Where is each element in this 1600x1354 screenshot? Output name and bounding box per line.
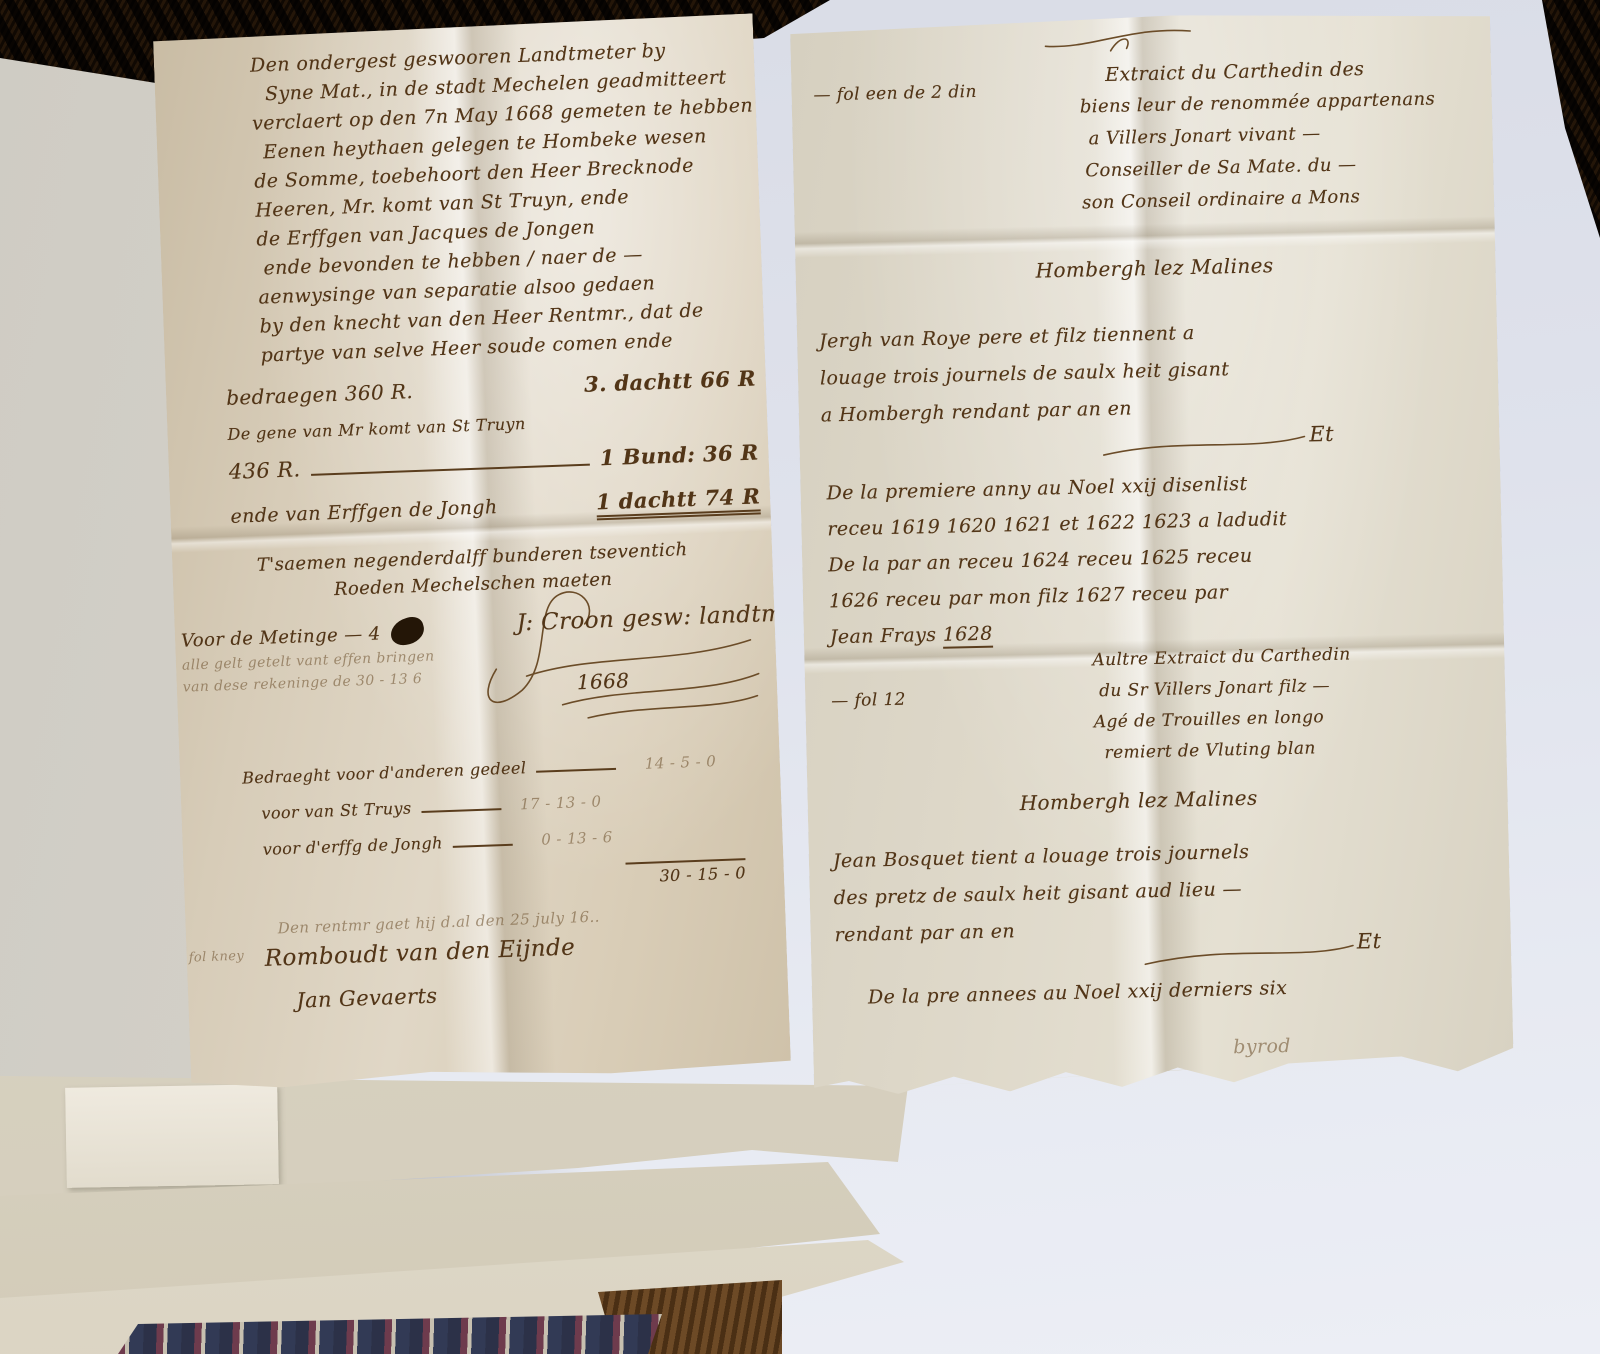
- last-line: De la pre annees au Noel xxij derniers s…: [868, 977, 1288, 1009]
- ink-blot: [387, 614, 427, 648]
- signature-flourish: [463, 569, 768, 730]
- top-flourish: [1040, 21, 1201, 55]
- ink-stroke: [536, 767, 616, 773]
- underlined-year: 1628: [943, 623, 994, 649]
- extract-title-block: Extraict du Carthedin des biens leur de …: [1079, 50, 1483, 219]
- ink-stroke: [453, 843, 513, 848]
- section-heading: Hombergh lez Malines: [1019, 786, 1257, 815]
- signature-year: 1668: [576, 668, 629, 694]
- tenancy-paragraph: Jergh van Roye pere et filz tiennent a l…: [819, 309, 1461, 434]
- fee-text: Voor de Metinge — 4: [181, 623, 381, 651]
- ledger-right: 3. dachtt 66 R: [584, 365, 757, 396]
- et-text: Et: [1309, 422, 1334, 447]
- account-total: 30 - 15 - 0: [625, 858, 746, 886]
- ledger-left: 436 R.: [228, 457, 300, 484]
- amount-ledger: bedraegen 360 R. 3. dachtt 66 R De gene …: [226, 365, 762, 548]
- et-mark: Et: [1141, 926, 1402, 972]
- photo-of-manuscripts: Den ondergest geswooren Landtmeter by Sy…: [0, 0, 1600, 1354]
- ink-stroke: [311, 463, 591, 476]
- surveyor-signature: J: Croon gesw: landtmet 1668: [463, 569, 768, 730]
- signer-name: Jan Gevaerts: [296, 984, 438, 1013]
- section-heading: Hombergh lez Malines: [1035, 253, 1273, 282]
- intro-paragraph: Den ondergest geswooren Landtmeter by Sy…: [250, 34, 747, 371]
- et-mark: Et: [1099, 419, 1360, 465]
- second-extract-block: Aultre Extraict du Carthedin du Sr Ville…: [1092, 636, 1495, 769]
- account-amount: 14 - 5 - 0: [626, 752, 717, 773]
- accounts-block: Bedraeght voor d'anderen gedeel 14 - 5 -…: [242, 750, 747, 908]
- account-amount: 0 - 13 - 6: [522, 828, 613, 849]
- margin-note: — fol een de 2 din: [813, 82, 977, 106]
- ledger-left: bedraegen 360 R.: [226, 379, 414, 410]
- foot-margin-note: fol kney: [188, 949, 244, 966]
- faint-scribble: byrod: [1233, 1035, 1291, 1058]
- ink-stroke: [422, 807, 502, 813]
- right-manuscript-page: — fol een de 2 din Extraict du Carthedin…: [790, 8, 1514, 1096]
- closing-line: Den rentmr gaet hij d.al den 25 july 16.…: [277, 908, 600, 938]
- folded-paper-white-block: [65, 1084, 279, 1188]
- left-manuscript-page: Den ondergest geswooren Landtmeter by Sy…: [153, 13, 791, 1090]
- ledger-right: 1 dachtt 74 R: [596, 483, 761, 520]
- account-amount: 17 - 13 - 0: [511, 792, 602, 813]
- ledger-right: 1 Bund: 36 R: [599, 439, 759, 470]
- account-label: Bedraeght voor d'anderen gedeel: [242, 758, 527, 787]
- ledger-left: ende van Erffgen de Jongh: [230, 496, 498, 528]
- years-last-pre: Jean Frays: [830, 624, 943, 649]
- et-text: Et: [1357, 929, 1382, 954]
- years-paragraph: De la premiere anny au Noel xxij disenli…: [826, 461, 1470, 655]
- margin-note: — fol 12: [831, 690, 906, 712]
